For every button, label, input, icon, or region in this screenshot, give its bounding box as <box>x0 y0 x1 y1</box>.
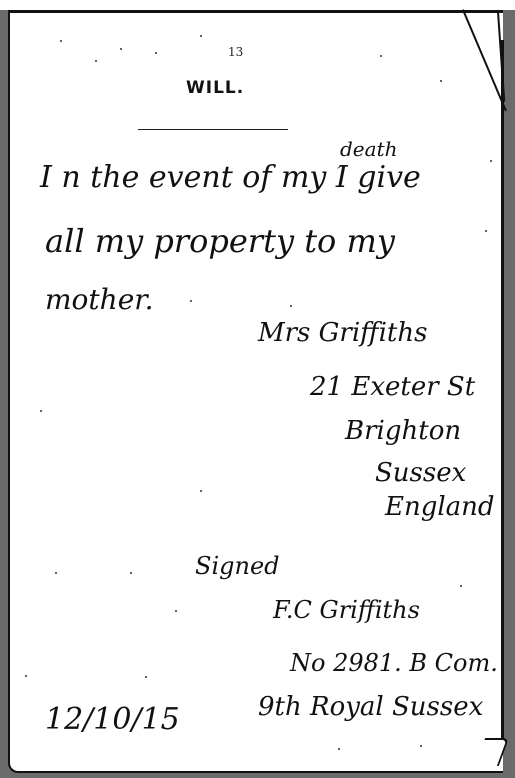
address-country: England <box>385 492 495 522</box>
page-right-edge <box>501 40 504 740</box>
signature: F.C Griffiths <box>273 596 420 624</box>
service-number: No 2981. B Com. <box>290 649 498 677</box>
will-text-line-3: mother. <box>45 283 153 316</box>
will-text-line-1: I n the event of my I give <box>40 160 421 195</box>
address-county: Sussex <box>375 458 466 488</box>
beneficiary-name: Mrs Griffiths <box>258 318 427 348</box>
address-street: 21 Exeter St <box>310 372 475 402</box>
signed-label: Signed <box>195 552 280 580</box>
scan-top-margin <box>0 0 515 10</box>
title-divider <box>138 129 288 130</box>
address-town: Brighton <box>345 416 461 446</box>
regiment: 9th Royal Sussex <box>258 692 483 722</box>
will-text-line-2: all my property to my <box>45 222 395 260</box>
inserted-word: death <box>340 137 397 161</box>
document-title: WILL. <box>186 78 244 98</box>
will-date: 12/10/15 <box>45 702 180 737</box>
page-number: 13 <box>228 45 243 59</box>
